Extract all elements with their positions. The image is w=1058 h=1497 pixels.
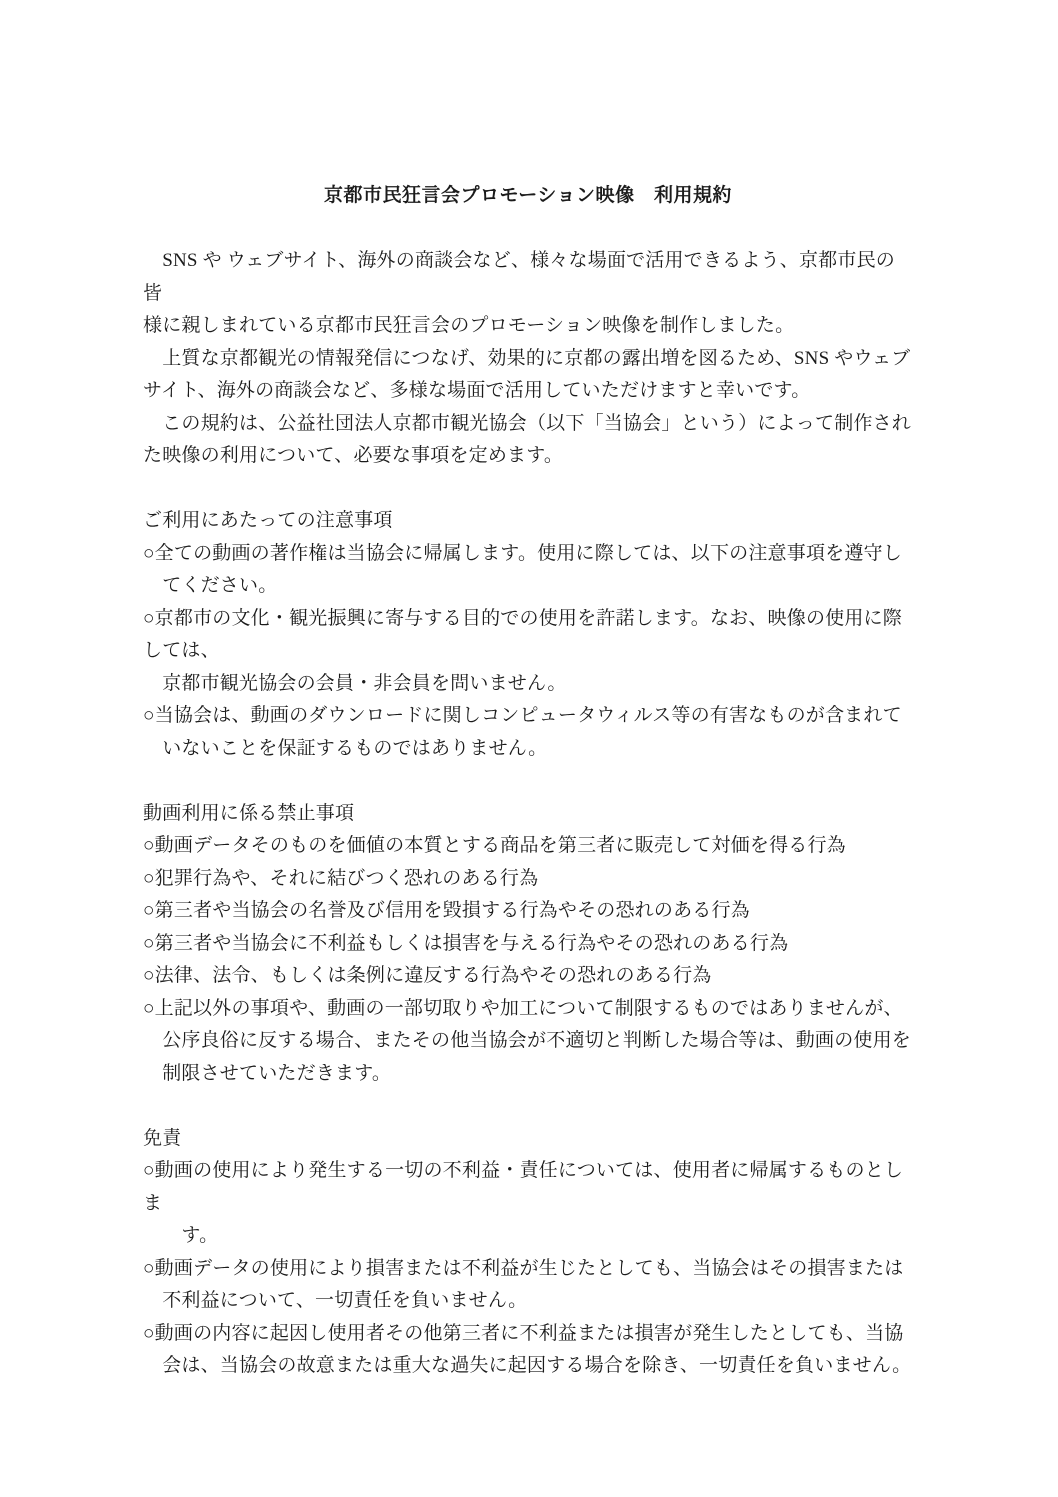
text-line: ○動画データの使用により損害または不利益が生じたとしても、当協会はその損害または [143, 1253, 913, 1286]
section-prohibited-acts: 動画利用に係る禁止事項 ○動画データそのものを価値の本質とする商品を第三者に販売… [143, 798, 913, 1091]
text-line: この規約は、公益社団法人京都市観光協会（以下「当協会」という）によって制作され [143, 408, 913, 441]
text-line: ○動画データそのものを価値の本質とする商品を第三者に販売して対価を得る行為 [143, 830, 913, 863]
document-title: 京都市民狂言会プロモーション映像 利用規約 [143, 180, 913, 213]
text-line: 会は、当協会の故意または重大な過失に起因する場合を除き、一切責任を負いません。 [143, 1350, 913, 1383]
text-line: しては、 [143, 635, 913, 668]
text-line: ○全ての動画の著作権は当協会に帰属します。使用に際しては、以下の注意事項を遵守し [143, 538, 913, 571]
text-line: た映像の利用について、必要な事項を定めます。 [143, 440, 913, 473]
section-disclaimer: 免責 ○動画の使用により発生する一切の不利益・責任については、使用者に帰属するも… [143, 1123, 913, 1383]
section-heading: 免責 [143, 1123, 913, 1156]
text-line: ○犯罪行為や、それに結びつく恐れのある行為 [143, 863, 913, 896]
intro-paragraphs: SNS や ウェブサイト、海外の商談会など、様々な場面で活用できるよう、京都市民… [143, 245, 913, 473]
text-line: ○第三者や当協会の名誉及び信用を毀損する行為やその恐れのある行為 [143, 895, 913, 928]
text-line: 上質な京都観光の情報発信につなげ、効果的に京都の露出増を図るため、SNS やウェ… [143, 343, 913, 376]
text-line: ○法律、法令、もしくは条例に違反する行為やその恐れのある行為 [143, 960, 913, 993]
text-line: ○京都市の文化・観光振興に寄与する目的での使用を許諾します。なお、映像の使用に際 [143, 603, 913, 636]
section-heading: 動画利用に係る禁止事項 [143, 798, 913, 831]
text-line: SNS や ウェブサイト、海外の商談会など、様々な場面で活用できるよう、京都市民… [143, 245, 913, 310]
text-line: てください。 [143, 570, 913, 603]
section-usage-notes: ご利用にあたっての注意事項 ○全ての動画の著作権は当協会に帰属します。使用に際し… [143, 505, 913, 765]
text-line: 制限させていただきます。 [143, 1058, 913, 1091]
document-page: 京都市民狂言会プロモーション映像 利用規約 SNS や ウェブサイト、海外の商談… [0, 0, 1058, 1497]
text-line: 不利益について、一切責任を負いません。 [143, 1285, 913, 1318]
text-line: ○動画の使用により発生する一切の不利益・責任については、使用者に帰属するものとし [143, 1155, 913, 1188]
text-line: す。 [143, 1220, 913, 1253]
text-line: 様に親しまれている京都市民狂言会のプロモーション映像を制作しました。 [143, 310, 913, 343]
text-line: ○上記以外の事項や、動画の一部切取りや加工について制限するものではありませんが、 [143, 993, 913, 1026]
section-heading: ご利用にあたっての注意事項 [143, 505, 913, 538]
text-line: ま [143, 1188, 913, 1221]
text-line: ○第三者や当協会に不利益もしくは損害を与える行為やその恐れのある行為 [143, 928, 913, 961]
text-line: ○動画の内容に起因し使用者その他第三者に不利益または損害が発生したとしても、当協 [143, 1318, 913, 1351]
text-line: いないことを保証するものではありません。 [143, 733, 913, 766]
text-line: サイト、海外の商談会など、多様な場面で活用していただけますと幸いです。 [143, 375, 913, 408]
text-line: 公序良俗に反する場合、またその他当協会が不適切と判断した場合等は、動画の使用を [143, 1025, 913, 1058]
text-line: 京都市観光協会の会員・非会員を問いません。 [143, 668, 913, 701]
text-line: ○当協会は、動画のダウンロードに関しコンピュータウィルス等の有害なものが含まれて [143, 700, 913, 733]
